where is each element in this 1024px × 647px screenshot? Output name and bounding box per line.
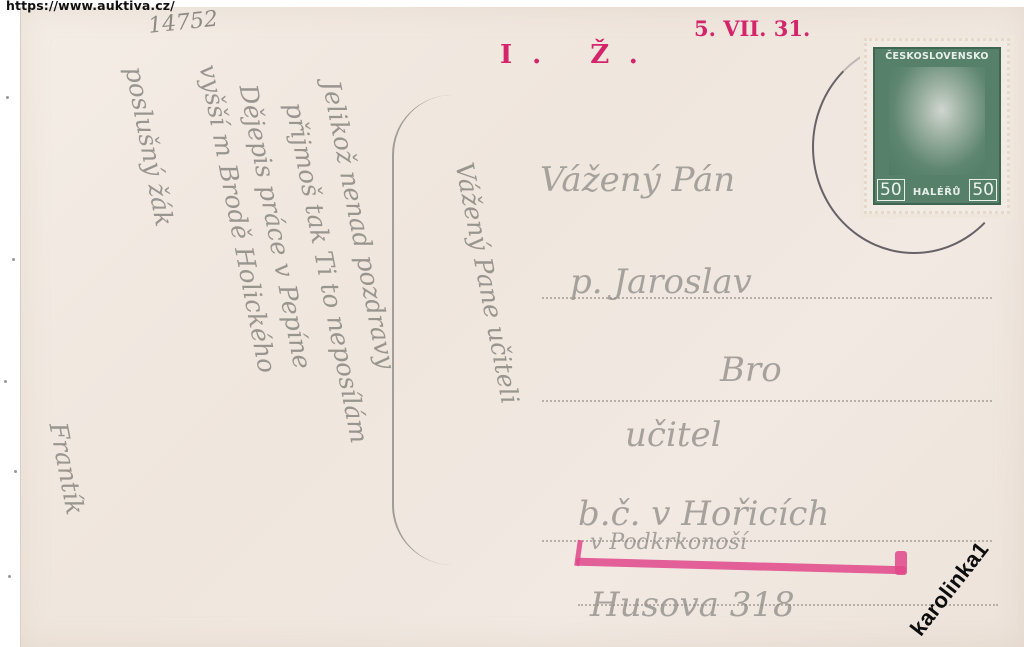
address-line: učitel	[625, 415, 721, 455]
site-url-watermark: https://www.auktiva.cz/	[6, 0, 175, 13]
address-dotted-line	[542, 400, 992, 402]
address-line: Vážený Pán	[540, 160, 735, 200]
red-initials-mark: I. Ž.	[500, 40, 658, 70]
stamp-portrait-image	[889, 67, 985, 175]
address-line: Husova 318	[590, 585, 795, 625]
stamp-value-right: 50	[969, 179, 997, 201]
address-line: Bro	[720, 350, 782, 390]
address-line: p. Jaroslav	[570, 262, 752, 302]
red-pencil-stroke	[895, 551, 907, 575]
postage-stamp: ČESKOSLOVENSKO 50 HALÉŘŮ 50	[864, 38, 1010, 214]
address-line: v Podkrkonoší	[590, 530, 747, 555]
red-date-mark: 5. VII. 31.	[694, 16, 810, 41]
address-line: b.č. v Hořicích	[578, 494, 829, 534]
postcard-edge	[20, 7, 21, 647]
stamp-country: ČESKOSLOVENSKO	[877, 51, 997, 62]
pencil-brace	[392, 95, 464, 565]
